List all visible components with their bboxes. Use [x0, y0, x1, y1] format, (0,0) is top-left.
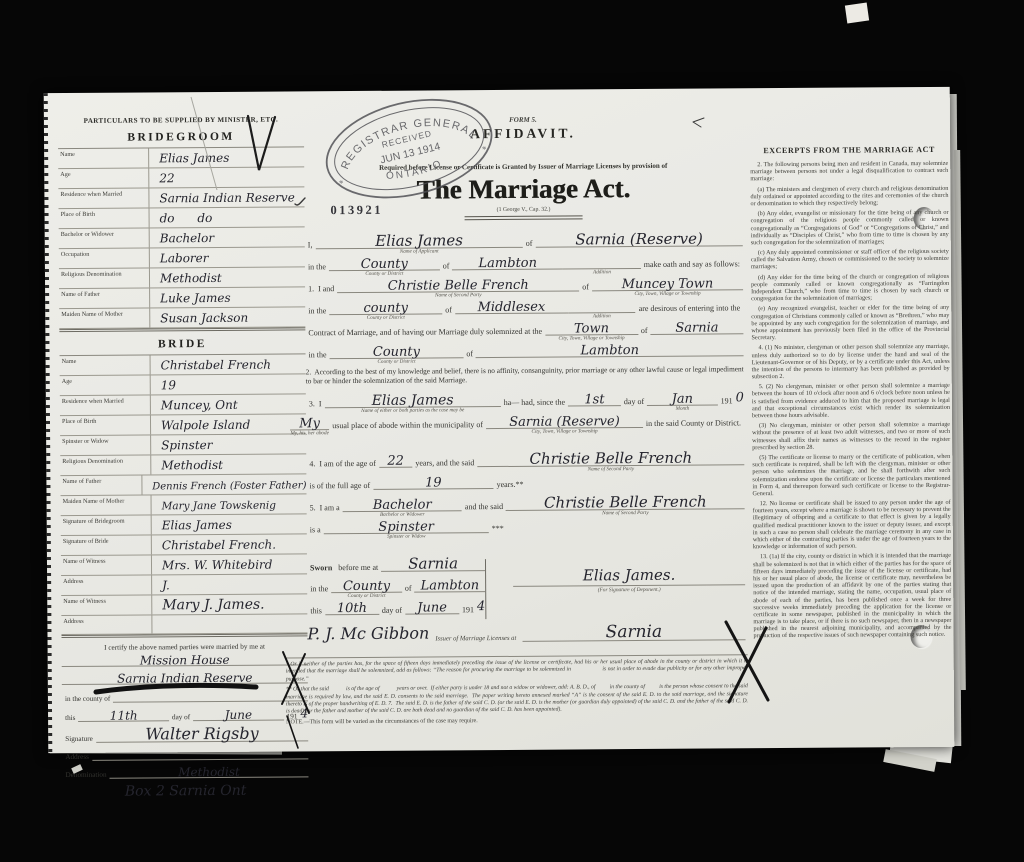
certify-county-line: in the county of: [62, 688, 308, 703]
field-label: Address: [61, 615, 152, 634]
filled-line: Mission House: [62, 652, 308, 667]
printed-text: is of the full age of: [306, 481, 373, 490]
deponent-signature-section: Elias James. (For Signature of Deponent.…: [485, 555, 745, 621]
minister-particulars-panel: PARTICULARS TO BE SUPPLIED BY MINISTER, …: [58, 115, 309, 800]
affidavit-line-ages: 4. I am of the age of 22 years, and the …: [306, 451, 744, 468]
line-caption: County or District: [348, 593, 386, 599]
handwritten-value: Susan Jackson: [160, 311, 248, 326]
filled-line: countyCounty or District: [329, 300, 442, 315]
officiant-signature: Walter Rigsby: [145, 724, 258, 744]
field-label: Place of Birth: [60, 415, 151, 435]
affidavit-line-spinster: is a SpinsterSpinster or Widow ***: [307, 519, 507, 534]
handwritten-value: Christabel French: [161, 358, 272, 373]
table-row: Address: [61, 614, 307, 635]
issuer-signature: P. J. Mc Gibbon: [307, 623, 429, 643]
printed-text: in the: [305, 306, 329, 315]
footnote-note: NOTE.—This form will be varied as the ci…: [286, 716, 748, 727]
filled-line: Muncey TownCity, Town, Village or Townsh…: [592, 276, 743, 291]
field-value: 19: [151, 374, 306, 394]
sworn-gothic-word: Sworn: [307, 563, 335, 572]
spinster-status: Spinster: [378, 519, 434, 534]
printed-text: of: [463, 349, 476, 358]
bridegroom-section-title: BRIDEGROOM: [58, 130, 304, 144]
excerpt-paragraph: (3) No clergyman, minister or other pers…: [752, 421, 950, 451]
blank-line: Addition: [563, 255, 641, 270]
stamp-star-right: *: [481, 144, 488, 155]
field-label: Name: [60, 355, 151, 375]
table-row: Residence when MarriedMuncey, Ont: [60, 394, 306, 416]
filled-line: Sarnia: [522, 626, 745, 642]
field-label: Name of Witness: [61, 555, 152, 575]
perforated-left-edge: [44, 93, 53, 753]
excerpts-body: 2. The following persons being men and r…: [750, 160, 951, 640]
field-label: Age: [60, 375, 151, 395]
filled-line: Sarnia: [650, 320, 743, 335]
bridegroom-age: 22: [387, 454, 404, 469]
handwritten-value: 19: [161, 378, 176, 392]
filled-line: Lambton: [476, 342, 744, 358]
table-row: Maiden Name of MotherSusan Jackson: [59, 307, 305, 329]
line-caption: City, Town, Village or Township: [558, 335, 624, 341]
deponent-caption: (For Signature of Deponent.): [513, 586, 745, 594]
filled-line: Christie Belle FrenchName of Second Part…: [477, 451, 744, 467]
blank-line: Addition: [568, 299, 636, 313]
handwritten-value: Walpole Island: [161, 418, 250, 433]
field-label: Signature of Bride: [61, 535, 152, 555]
line-caption: Name of Second Party: [588, 466, 635, 472]
printed-text: in the: [307, 584, 331, 593]
printed-text: ha— had, since the: [501, 397, 568, 406]
handwritten-value: 11th: [110, 709, 138, 723]
minister-certification-block: I certify the above named parties were m…: [62, 642, 309, 800]
field-value: Dennis French (Foster Father): [142, 474, 306, 494]
filled-line: Methodist: [110, 764, 309, 778]
line-caption: Name of Second Party: [602, 510, 649, 516]
excerpt-paragraph: 5. (2) No clergyman, minister or other p…: [752, 382, 950, 419]
handwritten-value: J.: [162, 578, 170, 592]
table-row: Name of WitnessMary J. James.: [61, 594, 307, 616]
field-label: Religious Denomination: [59, 268, 150, 288]
handwritten-value: Mrs. W. Whitebird: [162, 558, 273, 573]
field-label: Residence when Married: [58, 188, 149, 208]
affidavit-line-bride-age: is of the full age of 19 years.**: [306, 475, 526, 491]
field-label: Name: [58, 148, 149, 168]
handwritten-value: Lambton: [478, 256, 537, 271]
blank-line: [92, 746, 309, 761]
table-row: Name of FatherLuke James: [59, 287, 305, 309]
printed-text: in the: [305, 262, 329, 271]
affidavit-line-abode: MyMy, his, her abode usual place of abod…: [290, 413, 744, 430]
certify-place-line-2: Sarnia Indian Reserve: [62, 670, 308, 685]
field-value: Sarnia Indian Reserve: [149, 187, 304, 207]
field-value: Elias James: [149, 147, 304, 167]
excerpt-paragraph: (a) The ministers and clergymen of every…: [750, 184, 948, 207]
field-value: Walpole Island: [151, 414, 306, 434]
printed-text: of: [523, 239, 536, 248]
printed-text: day of: [621, 397, 647, 406]
printed-text: Contract of Marriage, and of having our …: [305, 327, 545, 338]
field-label: Spinster or Widow: [60, 435, 151, 455]
filled-line: June: [405, 600, 459, 614]
sworn-county-line: in the CountyCounty or District of Lambt…: [307, 578, 485, 593]
handwritten-value: Mission House: [140, 653, 230, 668]
printed-text: of: [402, 584, 415, 593]
handwritten-value: 22: [159, 171, 174, 185]
footnote-1: * Or if neither of the parties has, for …: [286, 658, 748, 683]
handwritten-value: Spinster: [161, 438, 212, 452]
printed-text: are desirous of entering into the: [636, 303, 744, 313]
affidavit-clause-2: 2. According to the best of my knowledge…: [306, 364, 744, 386]
table-row: Place of Birthdo do: [59, 207, 305, 229]
handwritten-value: Laborer: [160, 251, 209, 265]
excerpt-paragraph: (d) Any elder for the time being of the …: [751, 272, 949, 302]
field-label: Address: [61, 575, 152, 595]
applicant-residence: Sarnia (Reserve): [575, 230, 703, 249]
printed-text: in the: [306, 350, 330, 359]
printed-text: of: [579, 282, 592, 291]
line-caption: Month: [676, 406, 690, 412]
handwritten-value: Luke James: [160, 291, 231, 305]
handwritten-value: Elias James: [159, 151, 229, 165]
handwritten-value: Mary Jane Towskenig: [162, 500, 276, 513]
paper-scrap-top: [845, 3, 869, 24]
field-value: Susan Jackson: [150, 307, 305, 327]
affidavit-form-column: FORM 5. AFFIDAVIT. Required before Licen…: [304, 92, 746, 730]
filled-line: BachelorBachelor or Widower: [343, 497, 462, 512]
bride-age: 19: [425, 475, 442, 490]
sworn-place-line: Sworn before me at Sarnia: [307, 557, 485, 572]
handwritten-value: County: [373, 345, 420, 360]
filled-line: Christie Belle FrenchName of Second Part…: [337, 277, 579, 293]
handwritten-value: Sarnia: [675, 320, 718, 335]
excerpt-paragraph: 4. (1) No minister, clergyman or other p…: [751, 343, 949, 380]
printed-label: this: [62, 714, 78, 722]
field-value: Spinster: [151, 434, 306, 454]
affidavit-line-applicant: I, Elias JamesName of Applicant of Sarni…: [305, 232, 743, 249]
excerpt-paragraph: (b) Any elder, evangelist or missionary …: [751, 209, 949, 246]
table-row: Place of BirthWalpole Island: [60, 414, 306, 436]
printed-text: this: [307, 606, 325, 615]
deponent-signature: Elias James.: [513, 565, 745, 587]
filled-line: Middlesex: [455, 300, 568, 315]
handwritten-year-digit: 4: [477, 599, 485, 614]
printed-text: of: [440, 261, 453, 270]
field-value: 22: [149, 167, 304, 187]
filled-line: Sarnia (Reserve)City, Town, Village or T…: [486, 414, 643, 429]
bride-section-title: BRIDE: [59, 337, 305, 351]
handwritten-value: Elias James: [162, 518, 232, 532]
line-caption: Addition: [593, 313, 611, 319]
table-row: Age19: [60, 374, 306, 396]
field-label: Religious Denomination: [60, 455, 151, 475]
handwritten-value: do do: [160, 211, 213, 225]
handwritten-value: Mary J. James.: [162, 597, 264, 614]
field-label: Name of Father: [59, 288, 150, 308]
table-row: Signature of BridegroomElias James: [61, 514, 307, 536]
filled-line: TownCity, Town, Village or Township: [545, 321, 638, 336]
field-label: Residence when Married: [60, 395, 151, 415]
printed-text: in the said County or District.: [643, 418, 744, 428]
affidavit-line-county-2: in the countyCounty or District of Middl…: [305, 298, 743, 315]
printed-label: Signature: [62, 735, 96, 743]
line-caption: Spinster or Widow: [387, 533, 425, 539]
table-row: Religious DenominationMethodist: [60, 454, 306, 476]
printed-text: years.**: [494, 480, 527, 489]
filled-line: 1st: [568, 392, 621, 406]
affidavit-line-second-party: 1. I and Christie Belle FrenchName of Se…: [305, 276, 743, 293]
printed-text: years, and the said: [412, 458, 477, 467]
excerpts-title: EXCERPTS FROM THE MARRIAGE ACT: [750, 145, 948, 155]
line-caption: City, Town, Village or Township: [634, 291, 700, 297]
table-row: Religious DenominationMethodist: [59, 267, 305, 289]
sworn-date-line: this 10th day of June 1914: [307, 599, 485, 615]
printed-text: 1. I and: [305, 284, 337, 293]
field-value: Bachelor: [150, 227, 305, 247]
field-value: J.: [152, 574, 307, 594]
filled-line: Sarnia Indian Reserve: [62, 670, 308, 685]
issuer-label: Issuer of Marriage Licenses at: [429, 635, 522, 643]
certify-intro: I certify the above named parties were m…: [62, 642, 308, 652]
table-row: Name of FatherDennis French (Foster Fath…: [60, 474, 306, 496]
handwritten-value: Town: [574, 321, 609, 336]
handwritten-value: County: [361, 257, 408, 272]
line-caption: Name of either or both parties as the ca…: [361, 407, 464, 414]
issuer-place: Sarnia: [606, 622, 663, 642]
printed-text: 3. I: [306, 399, 325, 408]
filled-line: 22: [379, 454, 412, 468]
printed-text: usual place of abode within the municipa…: [329, 420, 486, 430]
filled-line: CountyCounty or District: [329, 256, 440, 271]
printed-year-prefix: 191: [718, 396, 736, 405]
handwritten-value: June: [225, 708, 252, 722]
handwritten-value: county: [363, 301, 408, 316]
field-label: Age: [58, 168, 149, 188]
affidavit-line-county-3: in the CountyCounty or District of Lambt…: [305, 342, 743, 359]
bride-table: NameChristabel French Age19 Residence wh…: [60, 353, 308, 638]
filled-line: 11th: [78, 708, 169, 722]
filled-line: Elias JamesName of Applicant: [315, 234, 522, 249]
handwritten-value: Methodist: [161, 458, 223, 472]
printed-year-prefix: 191: [459, 605, 477, 614]
filled-line: JanMonth: [647, 391, 718, 405]
printed-text: 4. I am of the age of: [306, 459, 379, 469]
handwritten-year-digit: 0: [736, 390, 744, 405]
field-label: Maiden Name of Mother: [61, 495, 152, 515]
affidavit-line-abode-since: 3. I Elias JamesName of either or both p…: [306, 390, 744, 408]
line-caption: City, Town, Village or Township: [531, 428, 597, 434]
excerpt-paragraph: 2. The following persons being men and r…: [750, 160, 948, 183]
field-value: Muncey, Ont: [151, 394, 306, 414]
table-row: NameChristabel French: [60, 354, 306, 376]
form-footnotes: * Or if neither of the parties has, for …: [286, 654, 748, 727]
printed-text: 5. I am a: [307, 503, 343, 512]
field-value: Mrs. W. Whitebird: [152, 554, 307, 574]
handwritten-value: Lambton: [580, 343, 639, 358]
issuer-signature-row: P. J. Mc Gibbon Issuer of Marriage Licen…: [307, 621, 745, 643]
excerpt-paragraph: 13. (1a) If the city, county or district…: [753, 552, 952, 640]
field-label: Maiden Name of Mother: [59, 308, 150, 328]
table-row: NameElias James: [58, 147, 304, 169]
filled-line: Elias JamesName of either or both partie…: [324, 393, 500, 408]
field-label: Bachelor or Widower: [59, 228, 150, 248]
field-value: do do: [150, 207, 305, 227]
certify-place-line: Mission House: [62, 652, 308, 667]
marriage-act-excerpts-column: EXCERPTS FROM THE MARRIAGE ACT 2. The fo…: [750, 145, 951, 643]
printed-text: and the said: [462, 502, 506, 511]
field-value: [152, 614, 307, 633]
second-party-name: Christie Belle French: [529, 449, 692, 468]
line-caption: Name of Second Party: [435, 292, 482, 298]
line-caption: County or District: [377, 359, 415, 365]
handwritten-value: Sarnia Indian Reserve: [117, 671, 252, 686]
bridegroom-table: NameElias James Age22 Residence when Mar…: [58, 146, 305, 332]
certify-address-line: Address: [62, 746, 308, 761]
field-label: Signature of Bridegroom: [61, 515, 152, 535]
line-caption: Addition: [593, 269, 611, 275]
blank-line: [113, 688, 308, 702]
sworn-place: Sarnia: [408, 554, 458, 572]
field-value: Luke James: [150, 287, 305, 307]
excerpt-paragraph: (c) Any duly appointed commissioner or s…: [751, 248, 949, 271]
printed-text: of: [638, 326, 651, 335]
table-row: Spinster or WidowSpinster: [60, 434, 306, 456]
handwritten-value: Methodist: [178, 765, 240, 779]
printed-label: in the county of: [62, 695, 113, 703]
handwritten-value: Bachelor: [160, 231, 214, 245]
field-value: Mary Jane Towskenig: [152, 494, 307, 514]
affidavit-line-solemnized: Contract of Marriage, and of having our …: [305, 320, 743, 337]
filled-line: Walter Rigsby: [96, 725, 309, 742]
field-value: Mary J. James.: [152, 594, 307, 614]
table-row: Name of WitnessMrs. W. Whitebird: [61, 554, 307, 576]
printed-text: I,: [305, 240, 316, 249]
field-label: Name of Father: [60, 475, 142, 495]
handwritten-value: Lambton: [421, 578, 480, 593]
second-party-name: Christie Belle French: [544, 493, 707, 512]
handwritten-address-note: Box 2 Sarnia Ont: [63, 782, 309, 800]
handwritten-value: Muncey, Ont: [161, 398, 238, 413]
field-value: Christabel French: [151, 354, 306, 374]
filled-line: Lambton: [452, 256, 563, 271]
table-row: Maiden Name of MotherMary Jane Towskenig: [61, 494, 307, 516]
excerpt-paragraph: (e) Any recognized evangelist, teacher o…: [751, 304, 949, 341]
filled-line: 10th: [325, 601, 379, 615]
affidavit-line-county: in the CountyCounty or District of Lambt…: [305, 254, 743, 271]
filled-line: Sarnia: [381, 557, 485, 572]
table-row: Signature of BrideChristabel French.: [61, 534, 307, 556]
double-rule: [465, 215, 583, 220]
handwritten-value: My: [299, 416, 320, 431]
line-caption: County or District: [365, 271, 403, 277]
printed-label: Address: [62, 753, 92, 761]
line-caption: County or District: [367, 315, 405, 321]
affidavit-document-sheet: PARTICULARS TO BE SUPPLIED BY MINISTER, …: [44, 87, 955, 753]
table-row: Residence when MarriedSarnia Indian Rese…: [58, 187, 304, 209]
sworn-day: 10th: [337, 601, 367, 616]
certify-date-line: this 11th day of June 1914: [62, 706, 308, 722]
field-label: Occupation: [59, 248, 150, 268]
handwritten-value: 1st: [584, 392, 604, 407]
field-value: Elias James: [152, 514, 307, 534]
left-panel-header: PARTICULARS TO BE SUPPLIED BY MINISTER, …: [58, 115, 304, 125]
certify-denomination-line: DenominationMethodist: [62, 764, 308, 779]
table-row: AddressJ.: [61, 574, 307, 596]
handwritten-value: Jan: [672, 392, 693, 407]
handwritten-value: Sarnia Indian Reserve: [159, 190, 294, 205]
handwritten-value: Elias James: [372, 392, 454, 409]
sworn-month: June: [417, 600, 447, 615]
printed-text: is a: [307, 525, 324, 534]
table-row: Bachelor or WidowerBachelor: [59, 227, 305, 249]
footnote-2: ** Or that the said is of the age of yea…: [286, 683, 748, 716]
filled-line: Lambton: [414, 578, 485, 592]
printed-text: of: [442, 305, 455, 314]
field-value: Methodist: [150, 267, 305, 287]
table-row: Age22: [58, 167, 304, 189]
printed-text: before me at: [335, 563, 381, 572]
handwritten-value: Methodist: [160, 271, 222, 285]
handwritten-value: County: [343, 579, 390, 594]
field-label: Place of Birth: [59, 208, 150, 228]
printed-label: day of: [169, 713, 193, 721]
handwritten-value: Middlesex: [477, 300, 545, 315]
printed-text: day of: [379, 606, 405, 615]
field-value: Methodist: [151, 454, 306, 474]
table-row: OccupationLaborer: [59, 247, 305, 269]
excerpt-paragraph: (5) The certificate or license to marry …: [752, 453, 950, 498]
filled-line: Sarnia (Reserve): [535, 232, 742, 247]
filled-line: SpinsterSpinster or Widow: [324, 519, 489, 534]
field-label: Name of Witness: [61, 595, 152, 615]
photographed-document-page: { "stamp": { "arc_top": "REGISTRAR GENER…: [0, 0, 1024, 862]
field-value: Christabel French.: [152, 534, 307, 554]
line-caption: Name of Applicant: [400, 248, 439, 254]
excerpt-paragraph: 12. No license or certificate shall be i…: [753, 499, 951, 551]
affidavit-line-status: 5. I am a BachelorBachelor or Widower an…: [307, 495, 745, 512]
applicant-name: Elias James: [375, 231, 463, 250]
printed-label: Denomination: [62, 771, 109, 779]
certify-signature-line: Signature Walter Rigsby: [62, 725, 308, 743]
filled-line: 19: [373, 475, 494, 490]
filled-line: CountyCounty or District: [329, 344, 463, 359]
line-caption: My, his, her abode: [290, 430, 329, 436]
sworn-block: Sworn before me at Sarnia in the CountyC…: [307, 555, 746, 643]
filled-line: CountyCounty or District: [331, 579, 402, 593]
printed-text: ***: [489, 524, 507, 533]
handwritten-value: Dennis French (Foster Father): [152, 480, 306, 492]
field-value: Laborer: [150, 247, 305, 267]
filled-line: MyMy, his, her abode: [290, 416, 329, 430]
handwritten-value: Christabel French.: [162, 538, 276, 553]
filled-line: June: [193, 708, 284, 722]
line-caption: Bachelor or Widower: [380, 511, 425, 517]
filled-line: Christie Belle FrenchName of Second Part…: [506, 495, 745, 511]
printed-text: make oath and say as follows:: [641, 259, 743, 269]
sworn-left-section: Sworn before me at Sarnia in the CountyC…: [307, 557, 485, 622]
